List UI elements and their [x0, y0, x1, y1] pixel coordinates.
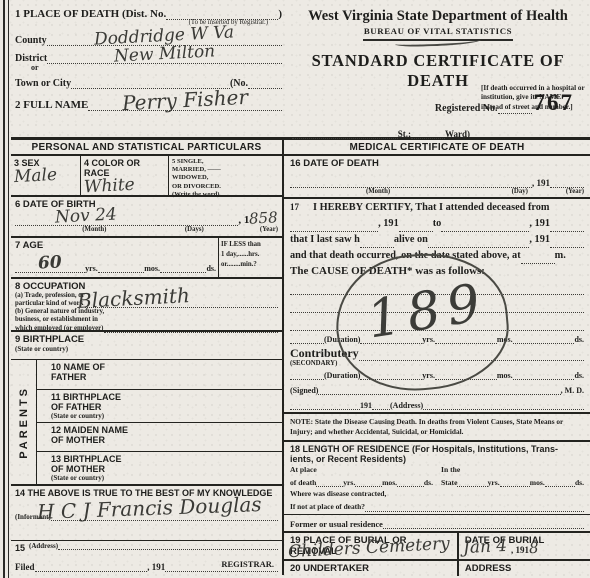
- paren-close: ): [278, 8, 282, 20]
- bureau-subtitle: BUREAU OF VITAL STATISTICS: [292, 26, 584, 36]
- dotted-line: [290, 175, 532, 188]
- dotted-line: [104, 320, 278, 333]
- days-sublabel: (Days): [185, 226, 204, 233]
- alive-on-text: alive on: [394, 232, 428, 248]
- dotted-line: [550, 175, 584, 188]
- age-field: 7 AGE 60 yrs. mos. ds.: [11, 238, 218, 277]
- ds-label: ds.: [424, 478, 433, 487]
- district-handwritten-value: New Milton: [114, 43, 216, 65]
- burial-year-printed: , 191: [511, 545, 529, 555]
- dotted-line: [372, 397, 390, 410]
- year-printed: , 191: [378, 216, 399, 232]
- filed-year-printed: , 191: [147, 562, 165, 572]
- town-label: Town or City: [15, 78, 71, 89]
- dotted-line: [399, 219, 433, 232]
- birth-year-handwritten-value: 858: [249, 210, 278, 226]
- certify-line2: , 191 to , 191: [290, 216, 584, 232]
- parents-section: PARENTS 10 NAME OF FATHER 11 BIRTHPLACE …: [11, 360, 282, 486]
- former-residence-label: Former or usual residence: [290, 520, 383, 529]
- mos-label: mos.: [530, 478, 545, 487]
- dotted-line: New Milton: [47, 51, 282, 64]
- age-row: 7 AGE 60 yrs. mos. ds. IF LESS than 1 da…: [11, 238, 282, 279]
- burial-year-handwritten-digit: 8: [529, 541, 539, 556]
- if-not-at-place-line: If not at place of death?: [290, 499, 584, 512]
- date-of-death-row: 16 DATE OF DEATH , 191 (Month) (Day) (Ye…: [284, 156, 590, 199]
- where-contracted-label: Where was disease contracted,: [290, 489, 584, 499]
- dotted-line: [35, 559, 148, 572]
- address-year-printed: 191: [360, 401, 372, 410]
- header: 1 PLACE OF DEATH (Dist. No. ) (To be ins…: [11, 0, 590, 140]
- undertaker-address-label: ADDRESS: [465, 563, 584, 574]
- certify-text1: I HEREBY CERTIFY, That I attended deceas…: [313, 202, 550, 213]
- dotted-line: [500, 474, 530, 487]
- occupation-b-line: (b) General nature of industry, business…: [15, 308, 278, 332]
- full-name-line: 2 FULL NAME Perry Fisher: [15, 98, 282, 111]
- at-place-label: At place: [290, 465, 433, 474]
- marital-status-field: 5 SINGLE, MARRIED, —— WIDOWED, OR DIVORC…: [169, 156, 282, 195]
- place-of-burial-field: 19 PLACE OF BURIAL OR REMOVAL Childers C…: [284, 533, 459, 559]
- dotted-line: [513, 331, 575, 344]
- dotted-line: [290, 397, 360, 410]
- personal-particulars-column: PERSONAL AND STATISTICAL PARTICULARS 3 S…: [11, 140, 284, 575]
- title-block: West Virginia State Department of Health…: [284, 0, 590, 137]
- dotted-line: [428, 235, 530, 248]
- personal-section-title: PERSONAL AND STATISTICAL PARTICULARS: [11, 140, 282, 156]
- occupation-a-label: (a) Trade, profession, or particular kin…: [15, 292, 85, 308]
- dotted-line: [397, 474, 424, 487]
- street-label: St.;: [398, 129, 411, 139]
- dotted-line: [158, 213, 239, 226]
- undertaker-field: 20 UNDERTAKER: [284, 561, 459, 576]
- birth-monthday-handwritten-value: Nov 24: [55, 206, 118, 226]
- certify-to: to: [433, 216, 442, 232]
- age-units-line: 60 yrs. mos. ds.: [15, 260, 216, 273]
- mos-label: mos.: [144, 264, 160, 273]
- in-state-units-line: State yrs. mos. ds.: [441, 474, 584, 487]
- former-residence-line: Former or usual residence: [284, 515, 590, 533]
- dotted-line: [98, 260, 144, 273]
- filed-label: Filed: [15, 562, 35, 572]
- dod-month-sublabel: (Month): [366, 188, 390, 195]
- dotted-line: Perry Fisher: [88, 98, 282, 111]
- certificate-form: 1 PLACE OF DEATH (Dist. No. ) (To be ins…: [11, 0, 590, 578]
- sex-race-marital-row: 3 SEX Male 4 COLOR OR RACE White 5 SINGL…: [11, 156, 282, 197]
- signed-address-line: 191 (Address): [284, 397, 590, 412]
- dotted-line: [290, 219, 378, 232]
- full-name-label: 2 FULL NAME: [15, 99, 88, 111]
- dotted-line: [550, 235, 584, 248]
- burial-row: 19 PLACE OF BURIAL OR REMOVAL Childers C…: [284, 533, 590, 561]
- death-certificate-scan: 1 PLACE OF DEATH (Dist. No. ) (To be ins…: [0, 0, 590, 578]
- dotted-line: [550, 219, 584, 232]
- father-birthplace-label: 11 BIRTHPLACE OF FATHER: [41, 392, 278, 412]
- residence-columns: At place of death yrs. mos. ds.: [290, 465, 584, 487]
- birth-year-printed-prefix: , 1: [238, 214, 249, 226]
- dod-year-sublabel: (Year): [566, 188, 584, 195]
- date-of-burial-line: Jan 4 , 191 8: [463, 539, 539, 556]
- hospital-note: [If death occurred in a hospital or inst…: [481, 84, 585, 112]
- certify-line1: 17I HEREBY CERTIFY, That I attended dece…: [290, 200, 584, 216]
- place-of-death-section: 1 PLACE OF DEATH (Dist. No. ) (To be ins…: [11, 0, 284, 137]
- ds-label: ds.: [575, 478, 584, 487]
- father-name-label: 10 NAME OF FATHER: [41, 362, 278, 382]
- dod-year-printed: , 191: [532, 178, 550, 188]
- form-left-border-thin: [8, 0, 9, 578]
- duration-label: (Duration): [324, 371, 360, 380]
- dotted-line: [248, 76, 282, 89]
- dotted-line: [360, 235, 394, 248]
- county-label: County: [15, 35, 47, 46]
- year-printed: , 191: [529, 216, 550, 232]
- birthplace-row: 9 BIRTHPLACE (State or country): [11, 332, 282, 360]
- dotted-line: [292, 126, 398, 139]
- father-birthplace-row: 11 BIRTHPLACE OF FATHER (State or countr…: [37, 390, 282, 423]
- medical-certificate-column: MEDICAL CERTIFICATE OF DEATH 16 DATE OF …: [284, 140, 590, 575]
- dotted-line: 60: [15, 260, 85, 273]
- street-ward-line: St.; Ward): [292, 126, 584, 139]
- dotted-line: [290, 367, 324, 380]
- occupation-handwritten-value: Blacksmith: [77, 285, 191, 311]
- yrs-label: yrs.: [488, 478, 500, 487]
- age-years-handwritten-value: 60: [38, 254, 63, 272]
- length-of-residence-section: 18 LENGTH OF RESIDENCE (For Hospitals, I…: [284, 442, 590, 515]
- signed-label: (Signed): [290, 386, 318, 395]
- filed-number: 15: [15, 543, 278, 553]
- in-the-label: In the: [441, 465, 584, 474]
- mos-label: mos.: [497, 371, 513, 380]
- parents-label: PARENTS: [18, 386, 30, 459]
- main-body: PERSONAL AND STATISTICAL PARTICULARS 3 S…: [11, 140, 590, 575]
- mother-maiden-name-row: 12 MAIDEN NAME OF MOTHER: [37, 423, 282, 453]
- date-of-birth-sublabels: (Month) (Days) (Year): [15, 226, 278, 233]
- state-label: State: [441, 478, 457, 487]
- dotted-line: [316, 474, 343, 487]
- medical-section-title: MEDICAL CERTIFICATE OF DEATH: [284, 140, 590, 156]
- birthplace-label: 9 BIRTHPLACE: [15, 334, 278, 345]
- race-handwritten-value: White: [84, 177, 136, 197]
- violent-causes-note: NOTE: State the Disease Causing Death. I…: [284, 412, 590, 442]
- dotted-line: [545, 474, 575, 487]
- undertaker-label: 20 UNDERTAKER: [290, 563, 451, 574]
- district-line: District New Milton: [15, 51, 282, 64]
- date-of-death-label: 16 DATE OF DEATH: [290, 158, 584, 169]
- month-sublabel: (Month): [82, 226, 106, 233]
- dotted-line: [423, 397, 584, 410]
- yrs-label: yrs.: [343, 478, 355, 487]
- date-of-birth-line: Nov 24 , 1 858: [15, 211, 278, 226]
- undertaker-row: 20 UNDERTAKER ADDRESS: [284, 561, 590, 576]
- mother-maiden-name-label: 12 MAIDEN NAME OF MOTHER: [41, 425, 278, 445]
- sex-handwritten-value: Male: [14, 167, 58, 186]
- dotted-line: Nov 24: [15, 213, 158, 226]
- residence-at-place-column: At place of death yrs. mos. ds.: [290, 465, 433, 487]
- date-of-death-sublabels: (Month) (Day) (Year): [290, 188, 584, 195]
- dotted-line: [365, 499, 584, 512]
- ward-label: Ward): [445, 129, 470, 139]
- dod-day-sublabel: (Day): [512, 188, 528, 195]
- date-of-burial-field: DATE OF BURIAL Jan 4 , 191 8: [459, 533, 590, 559]
- dotted-line: [521, 251, 555, 264]
- mother-birthplace-label: 13 BIRTHPLACE OF MOTHER: [41, 454, 278, 474]
- burial-date-handwritten-value: Jan 4: [462, 538, 507, 557]
- certify-line3: that I last saw h alive on , 191: [290, 232, 584, 248]
- cause-code-handwritten-value: 189: [363, 272, 491, 350]
- address-label: (Address): [390, 401, 423, 410]
- parents-vertical-label-cell: PARENTS: [11, 360, 37, 484]
- dotted-line: [383, 516, 584, 529]
- district-or-label: or: [31, 64, 282, 72]
- informant-affirmation-row: 14 THE ABOVE IS TRUE TO THE BEST OF MY K…: [11, 486, 282, 541]
- sex-field: 3 SEX Male: [11, 156, 81, 195]
- ds-label: ds.: [574, 335, 584, 344]
- dotted-line: [513, 367, 575, 380]
- of-death-label: of death: [290, 478, 316, 487]
- date-of-birth-row: 6 DATE OF BIRTH Nov 24 , 1 858 (Month) (…: [11, 197, 282, 238]
- date-of-death-line: , 191: [290, 175, 584, 188]
- dotted-line: [290, 331, 324, 344]
- father-birthplace-note: (State or country): [41, 412, 278, 420]
- year-printed: , 191: [529, 232, 550, 248]
- mos-label: mos.: [382, 478, 397, 487]
- registrar-label: REGISTRAR.: [221, 559, 274, 569]
- occupation-row: 8 OCCUPATION (a) Trade, profession, or p…: [11, 279, 282, 332]
- m-label: m.: [555, 248, 566, 264]
- last-saw-text: that I last saw h: [290, 232, 360, 248]
- dotted-line: [355, 474, 382, 487]
- residence-in-state-column: In the State yrs. mos. ds.: [433, 465, 584, 487]
- if-less-than-one-day-box: IF LESS than 1 day,......hrs. or........…: [218, 238, 282, 277]
- department-title: West Virginia State Department of Health: [292, 8, 584, 25]
- form-left-border-thick: [3, 0, 5, 578]
- race-field: 4 COLOR OR RACE White: [81, 156, 169, 195]
- ds-label: ds.: [574, 371, 584, 380]
- dotted-line: [457, 474, 487, 487]
- yrs-label: yrs.: [85, 264, 98, 273]
- mother-birthplace-row: 13 BIRTHPLACE OF MOTHER (State or countr…: [37, 452, 282, 484]
- if-not-label: If not at place of death?: [290, 502, 365, 512]
- at-place-units-line: of death yrs. mos. ds.: [290, 474, 433, 487]
- filed-row: 15 Filed , 191 REGISTRAR.: [11, 541, 282, 575]
- certify-number: 17: [290, 202, 299, 212]
- ds-label: ds.: [206, 264, 216, 273]
- birthplace-note: (State or country): [15, 345, 278, 353]
- age-label: 7 AGE: [15, 240, 216, 251]
- handwritten-strike: [395, 37, 481, 48]
- parents-rows: 10 NAME OF FATHER 11 BIRTHPLACE OF FATHE…: [37, 360, 282, 484]
- father-name-row: 10 NAME OF FATHER: [37, 360, 282, 390]
- dotted-line: [160, 260, 206, 273]
- mother-birthplace-note: (State or country): [41, 474, 278, 482]
- full-name-handwritten-value: Perry Fisher: [122, 87, 249, 114]
- undertaker-address-field: ADDRESS: [459, 561, 590, 576]
- dotted-line: [411, 126, 445, 139]
- md-label: , M. D.: [561, 386, 584, 395]
- place-of-death-label: 1 PLACE OF DEATH (Dist. No.: [15, 8, 166, 20]
- dotted-line: [441, 219, 529, 232]
- length-of-residence-label: 18 LENGTH OF RESIDENCE (For Hospitals, I…: [290, 444, 584, 464]
